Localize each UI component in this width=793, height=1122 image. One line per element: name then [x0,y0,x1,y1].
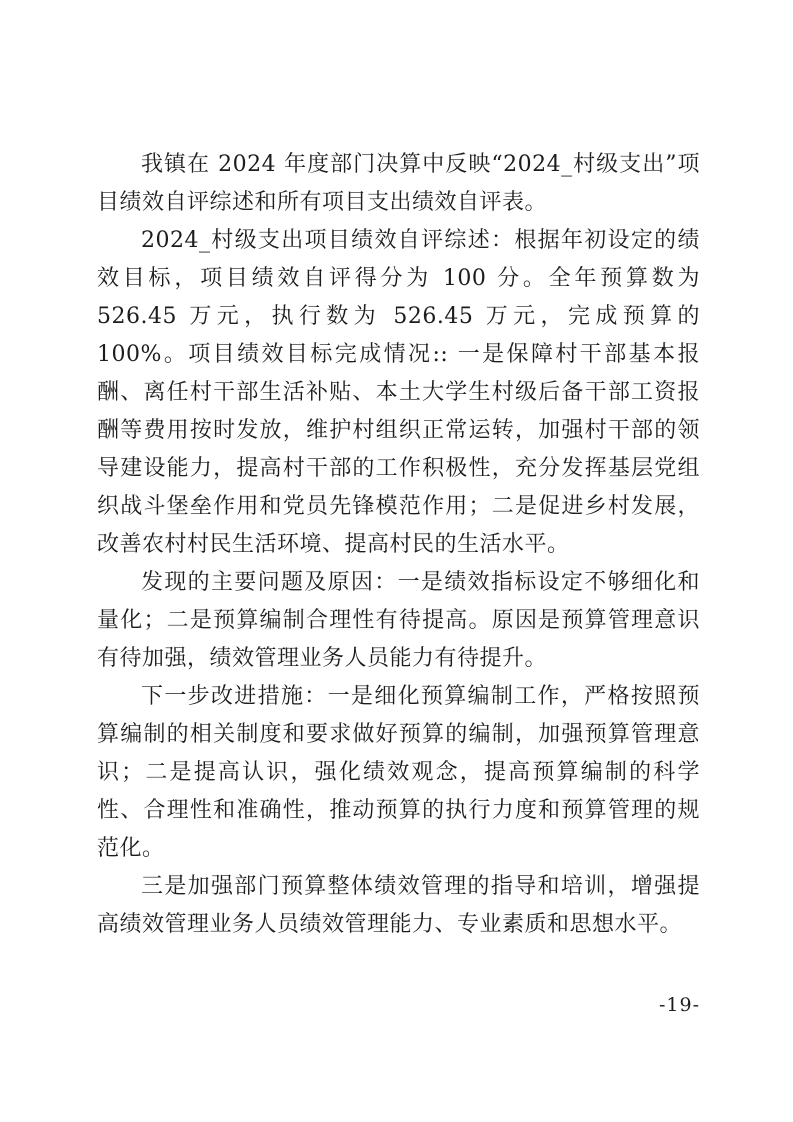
document-page: 我镇在 2024 年度部门决算中反映“2024_村级支出”项目绩效自评综述和所有… [0,0,793,1122]
page-number: -19- [659,993,700,1017]
paragraph-self-evaluation-summary: 2024_村级支出项目绩效自评综述：根据年初设定的绩效目标，项目绩效自评得分为 … [97,222,700,564]
paragraph-problems-and-causes: 发现的主要问题及原因：一是绩效指标设定不够细化和量化；二是预算编制合理性有待提高… [97,564,700,678]
paragraph-improvement-measures: 下一步改进措施：一是细化预算编制工作，严格按照预算编制的相关制度和要求做好预算的… [97,678,700,868]
document-body: 我镇在 2024 年度部门决算中反映“2024_村级支出”项目绩效自评综述和所有… [97,146,700,944]
paragraph-intro: 我镇在 2024 年度部门决算中反映“2024_村级支出”项目绩效自评综述和所有… [97,146,700,222]
paragraph-training-measures: 三是加强部门预算整体绩效管理的指导和培训，增强提高绩效管理业务人员绩效管理能力、… [97,868,700,944]
